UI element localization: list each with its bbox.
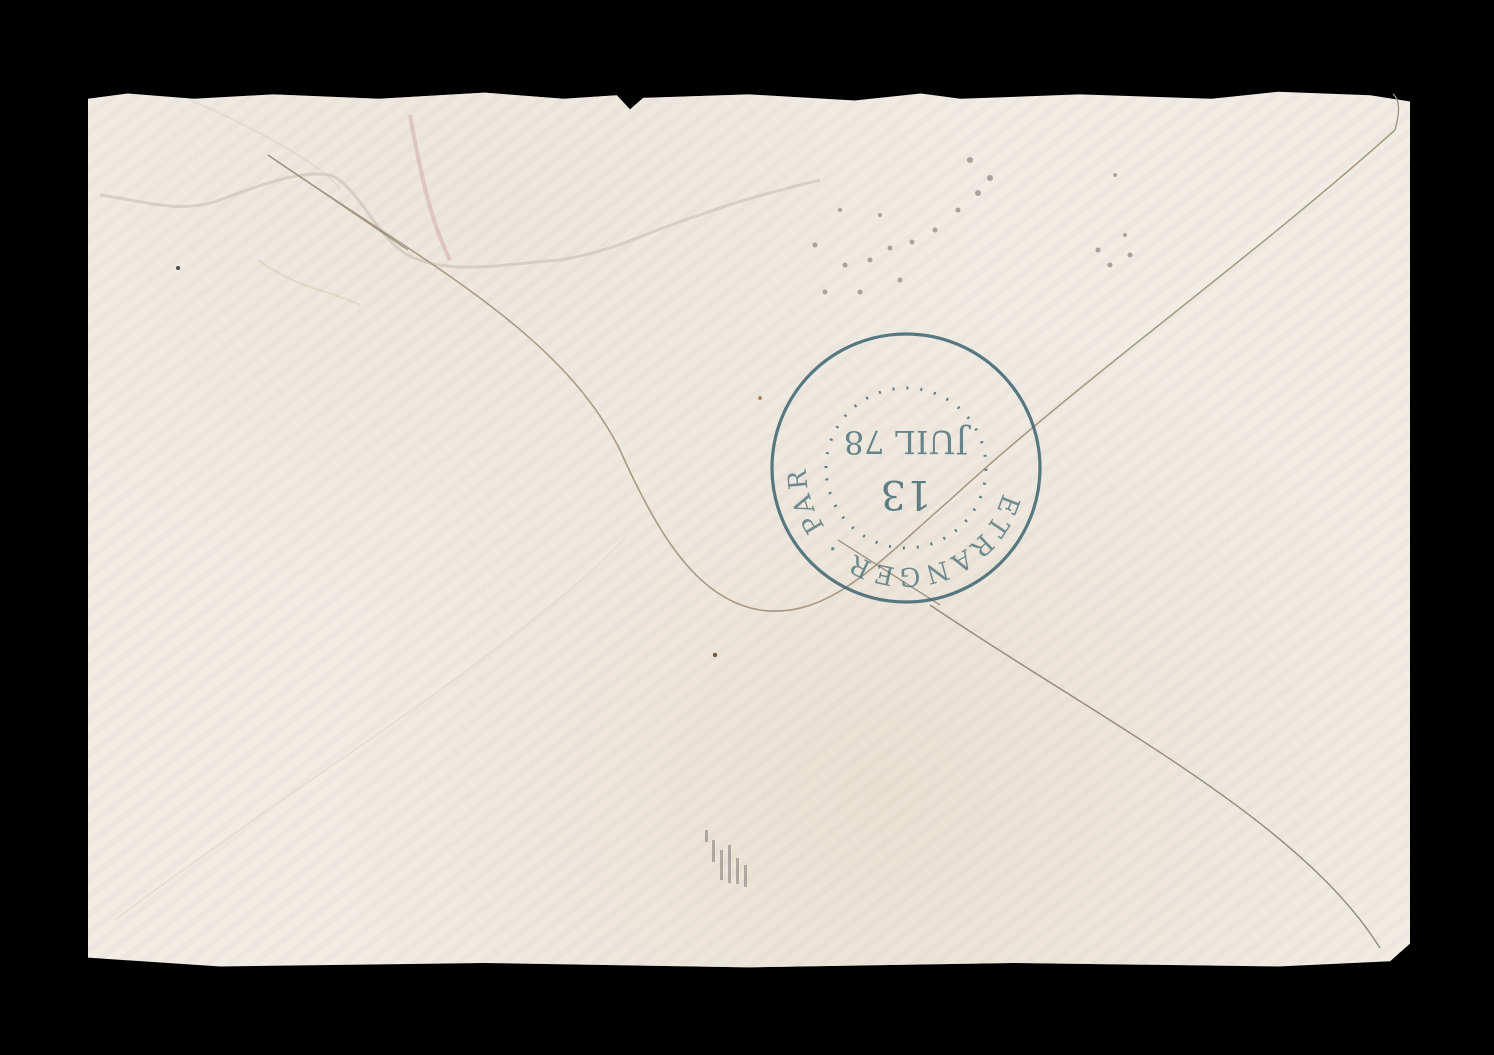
svg-text:ETRANGER · PARIS: ETRANGER · PARIS [782, 465, 1494, 959]
bottom-flap-fold-right [930, 605, 1380, 948]
postmark-day: 13 [881, 471, 932, 517]
water-stain [100, 174, 820, 267]
postmark: 13 JUIL 78 ETRANGER · PARIS [772, 334, 1494, 959]
red-ink-trace [410, 115, 450, 260]
grey-stamp-impression [705, 830, 747, 887]
flap-edge-top [268, 155, 408, 250]
bottom-flap-fold-left [115, 535, 628, 920]
dotted-cancel-mark [813, 157, 1133, 295]
envelope-details: 13 JUIL 78 ETRANGER · PARIS [0, 0, 1494, 1055]
postmark-date: JUIL 78 [844, 423, 972, 461]
